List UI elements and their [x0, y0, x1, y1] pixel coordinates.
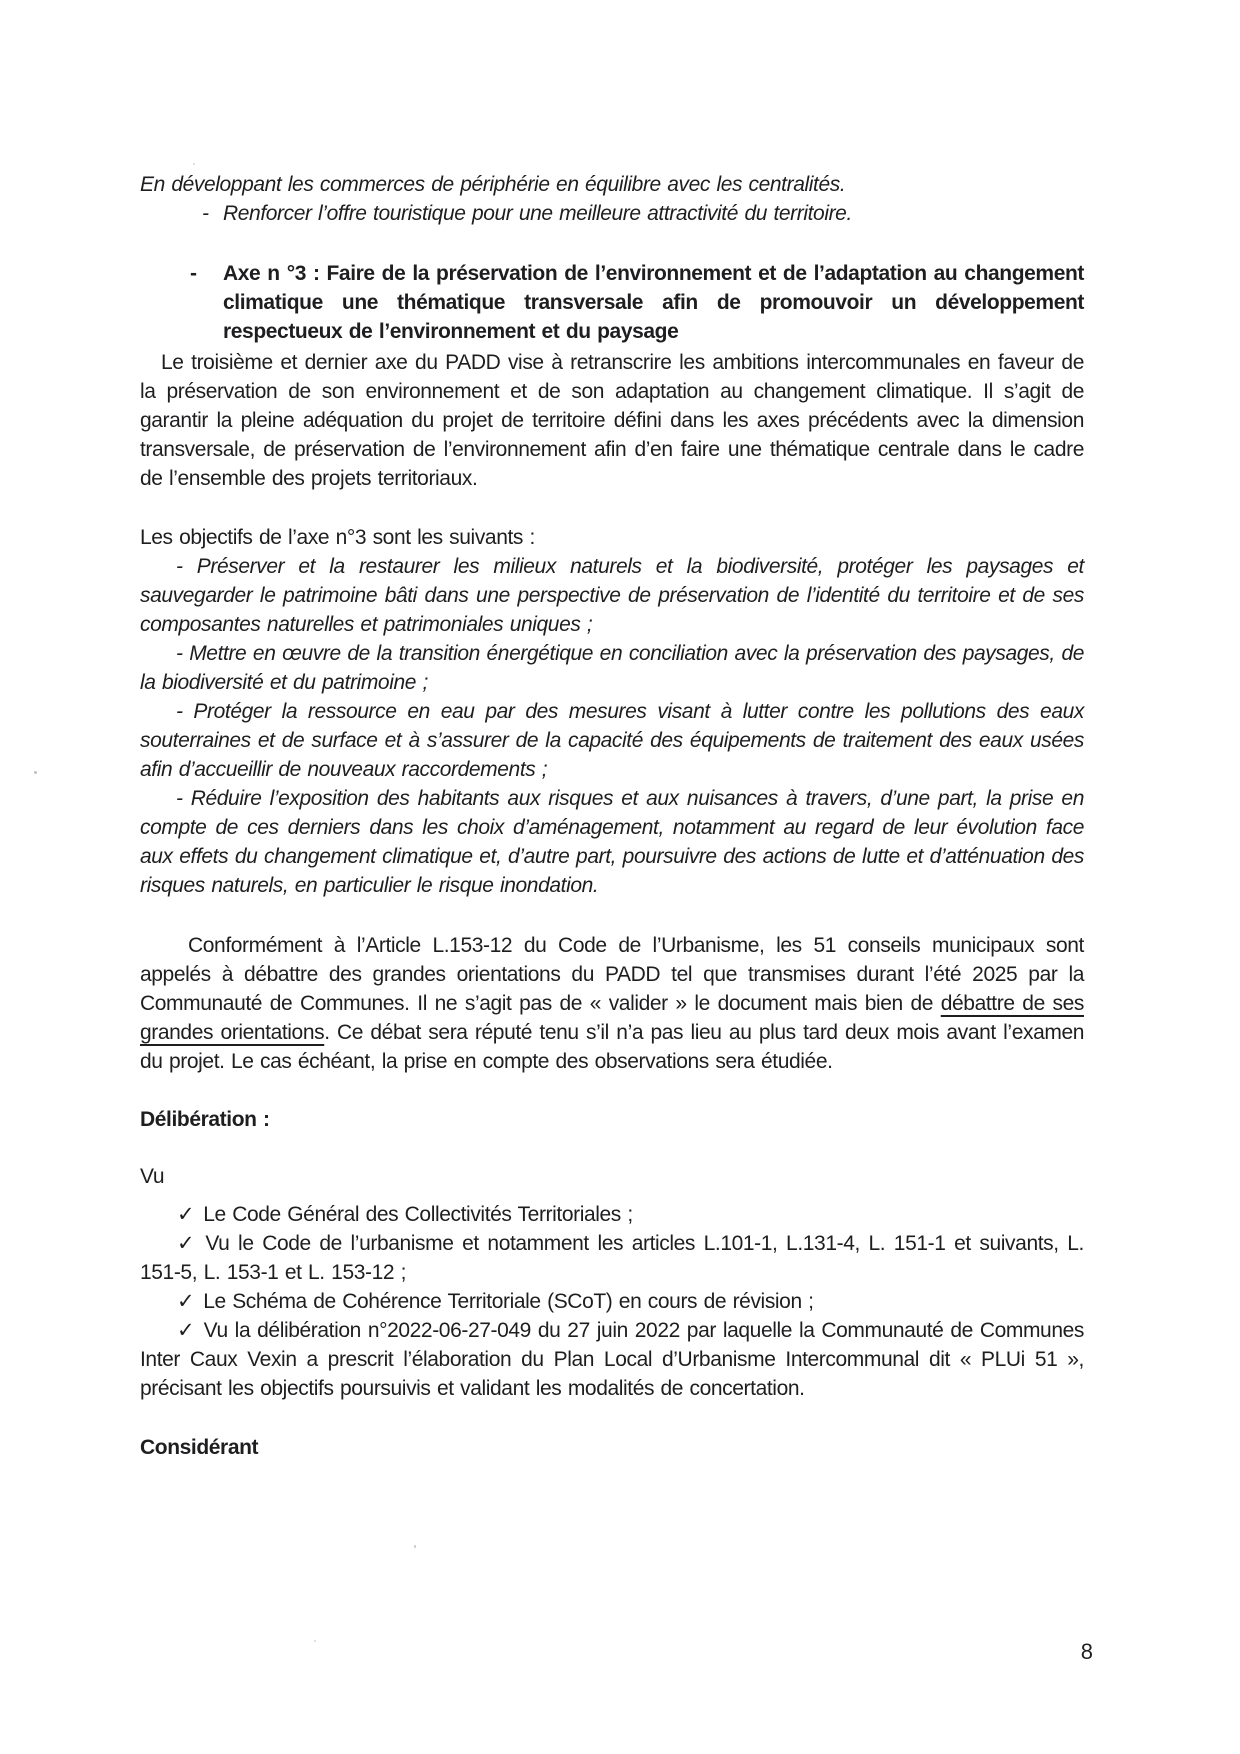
scan-speck — [193, 163, 195, 165]
objective-item: - Réduire l’exposition des habitants aux… — [140, 784, 1084, 900]
vu-item-text: Vu le Code de l’urbanisme et notamment l… — [140, 1232, 1084, 1284]
objectives-intro: Les objectifs de l’axe n°3 sont les suiv… — [140, 523, 1084, 552]
check-icon: ✓ — [177, 1290, 194, 1313]
vu-list-item: ✓Le Code Général des Collectivités Terri… — [140, 1200, 1084, 1229]
objective-item: - Protéger la ressource en eau par des m… — [140, 697, 1084, 784]
check-icon: ✓ — [177, 1203, 194, 1226]
considerant-heading: Considérant — [140, 1433, 1084, 1462]
vu-label: Vu — [140, 1162, 1084, 1191]
vu-list-item: ✓Vu le Code de l’urbanisme et notamment … — [140, 1229, 1084, 1287]
check-icon: ✓ — [177, 1319, 195, 1342]
vu-list-item: ✓Le Schéma de Cohérence Territoriale (SC… — [140, 1287, 1084, 1316]
axe-3-heading: -Axe n °3 : Faire de la préservation de … — [140, 259, 1084, 346]
list-dash: - — [202, 199, 209, 228]
objective-item: - Mettre en œuvre de la transition énerg… — [140, 639, 1084, 697]
conformement-paragraph: Conformément à l’Article L.153-12 du Cod… — [140, 931, 1084, 1076]
list-dash: - — [190, 259, 197, 288]
objective-item: - Préserver et la restaurer les milieux … — [140, 552, 1084, 639]
check-icon: ✓ — [177, 1232, 196, 1255]
scan-speck — [34, 771, 37, 774]
intro-line-1: En développant les commerces de périphér… — [140, 170, 1084, 199]
deliberation-heading: Délibération : — [140, 1105, 1084, 1134]
scan-speck — [314, 1640, 316, 1642]
intro-line-2-text: Renforcer l’offre touristique pour une m… — [223, 202, 852, 225]
document-page: En développant les commerces de périphér… — [0, 0, 1240, 1754]
scan-speck — [414, 1545, 416, 1548]
vu-list: ✓Le Code Général des Collectivités Terri… — [140, 1200, 1084, 1403]
vu-item-text: Le Schéma de Cohérence Territoriale (SCo… — [203, 1290, 813, 1313]
vu-item-text: Le Code Général des Collectivités Territ… — [203, 1203, 633, 1226]
axe-3-paragraph: Le troisième et dernier axe du PADD vise… — [140, 348, 1084, 493]
axe-3-heading-text: Axe n °3 : Faire de la préservation de l… — [223, 262, 1084, 343]
vu-list-item: ✓Vu la délibération n°2022-06-27-049 du … — [140, 1316, 1084, 1403]
intro-line-2: -Renforcer l’offre touristique pour une … — [140, 199, 1084, 228]
vu-item-text: Vu la délibération n°2022-06-27-049 du 2… — [140, 1319, 1084, 1400]
page-number: 8 — [1081, 1637, 1093, 1666]
